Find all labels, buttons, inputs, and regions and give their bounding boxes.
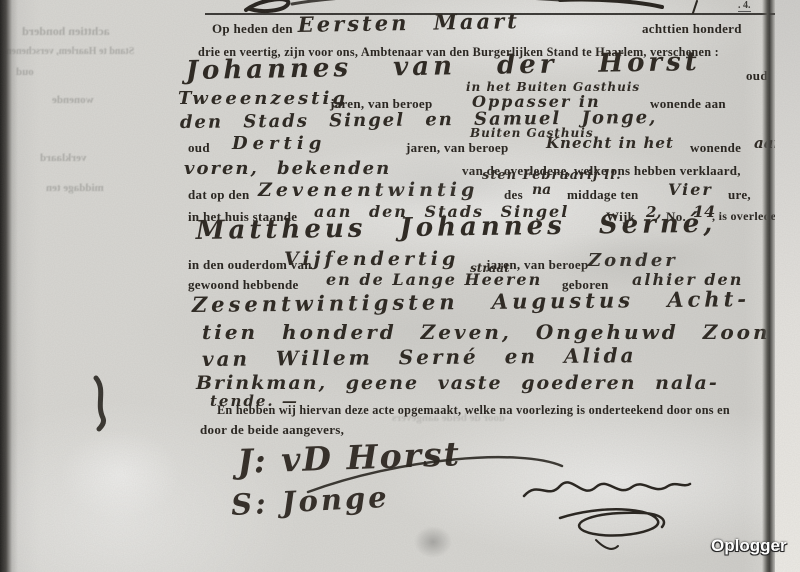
page-edge-shadow [762, 0, 775, 572]
bleedthrough-text: Stand te Haarlem, verschenen [6, 46, 134, 57]
printed-middage-ten: middage ten [567, 187, 639, 203]
printed-des: des [504, 187, 523, 203]
hw-death-date-superscript: sten Februarij ll. [482, 168, 622, 183]
bleedthrough-text: wonende [52, 94, 94, 106]
bleedthrough-text: middage ten [46, 182, 104, 194]
hw-born-date-line2: tien honderd Zeven, Ongehuwd Zoon [202, 320, 771, 344]
paper-highlight [60, 430, 180, 520]
hw-death-day: Zevenentwintig [258, 179, 478, 201]
hw-parents-line2: Brinkman, geene vaste goederen nala- [196, 372, 719, 394]
printed-dat-op-den: dat op den [188, 187, 250, 203]
printed-wonende-label-2: wonende [690, 140, 741, 156]
printed-opening-year: achttien honderd [642, 21, 742, 37]
binding-edge-left [0, 0, 18, 572]
hw-born-date-line1: Zesentwintigsten Augustus Acht- [192, 286, 750, 317]
hw-death-hour: Vier [668, 180, 713, 199]
bleedthrough-text: achttien honderd [22, 24, 110, 39]
hw-relation: voren, bekenden [184, 158, 391, 179]
printed-wonende-label-1: wonende aan [650, 96, 726, 112]
printed-closing-line2: door de beide aangevers, [200, 422, 344, 438]
printed-oud-label-2: oud [188, 140, 210, 156]
bleedthrough-text: oud [16, 66, 34, 78]
watermark-label: Oplogger [711, 536, 787, 556]
hw-na: na [532, 182, 551, 198]
printed-closing-line1: En hebben wij hiervan deze acte opgemaak… [217, 402, 730, 418]
signature-declarant1: J: vD Horst [237, 434, 462, 481]
printed-opening-prefix: Op heden den [212, 21, 293, 37]
hw-declarant1-age: Tweeenzestig [178, 88, 348, 109]
hw-deceased-address-superscript: straat [470, 261, 510, 275]
hw-parents-line1: van Willem Serné en Alida [202, 343, 637, 371]
hw-act-date: Eersten Maart [298, 8, 521, 37]
page-corner-mark: . 4. [738, 0, 751, 12]
printed-ure: ure, [728, 187, 751, 203]
hw-declarant2-profession: Knecht in het [546, 134, 674, 152]
hw-deceased-age: Vijfendertig [284, 248, 459, 270]
signature-declarant2: S: Jonge [230, 480, 390, 522]
printed-beroep-label-2: jaren, van beroep [406, 140, 508, 156]
scanned-death-record: achttien honderd Stand te Haarlem, versc… [0, 0, 800, 572]
hw-deceased-name: Mattheus Johannes Serné, [196, 209, 717, 246]
hw-declarant2-age: Dertig [232, 133, 326, 154]
adjacent-page-strip [775, 0, 800, 572]
hw-deceased-profession: Zonder [588, 250, 678, 271]
ink-smudge [414, 526, 452, 558]
bleedthrough-text: verklaard [40, 152, 86, 164]
